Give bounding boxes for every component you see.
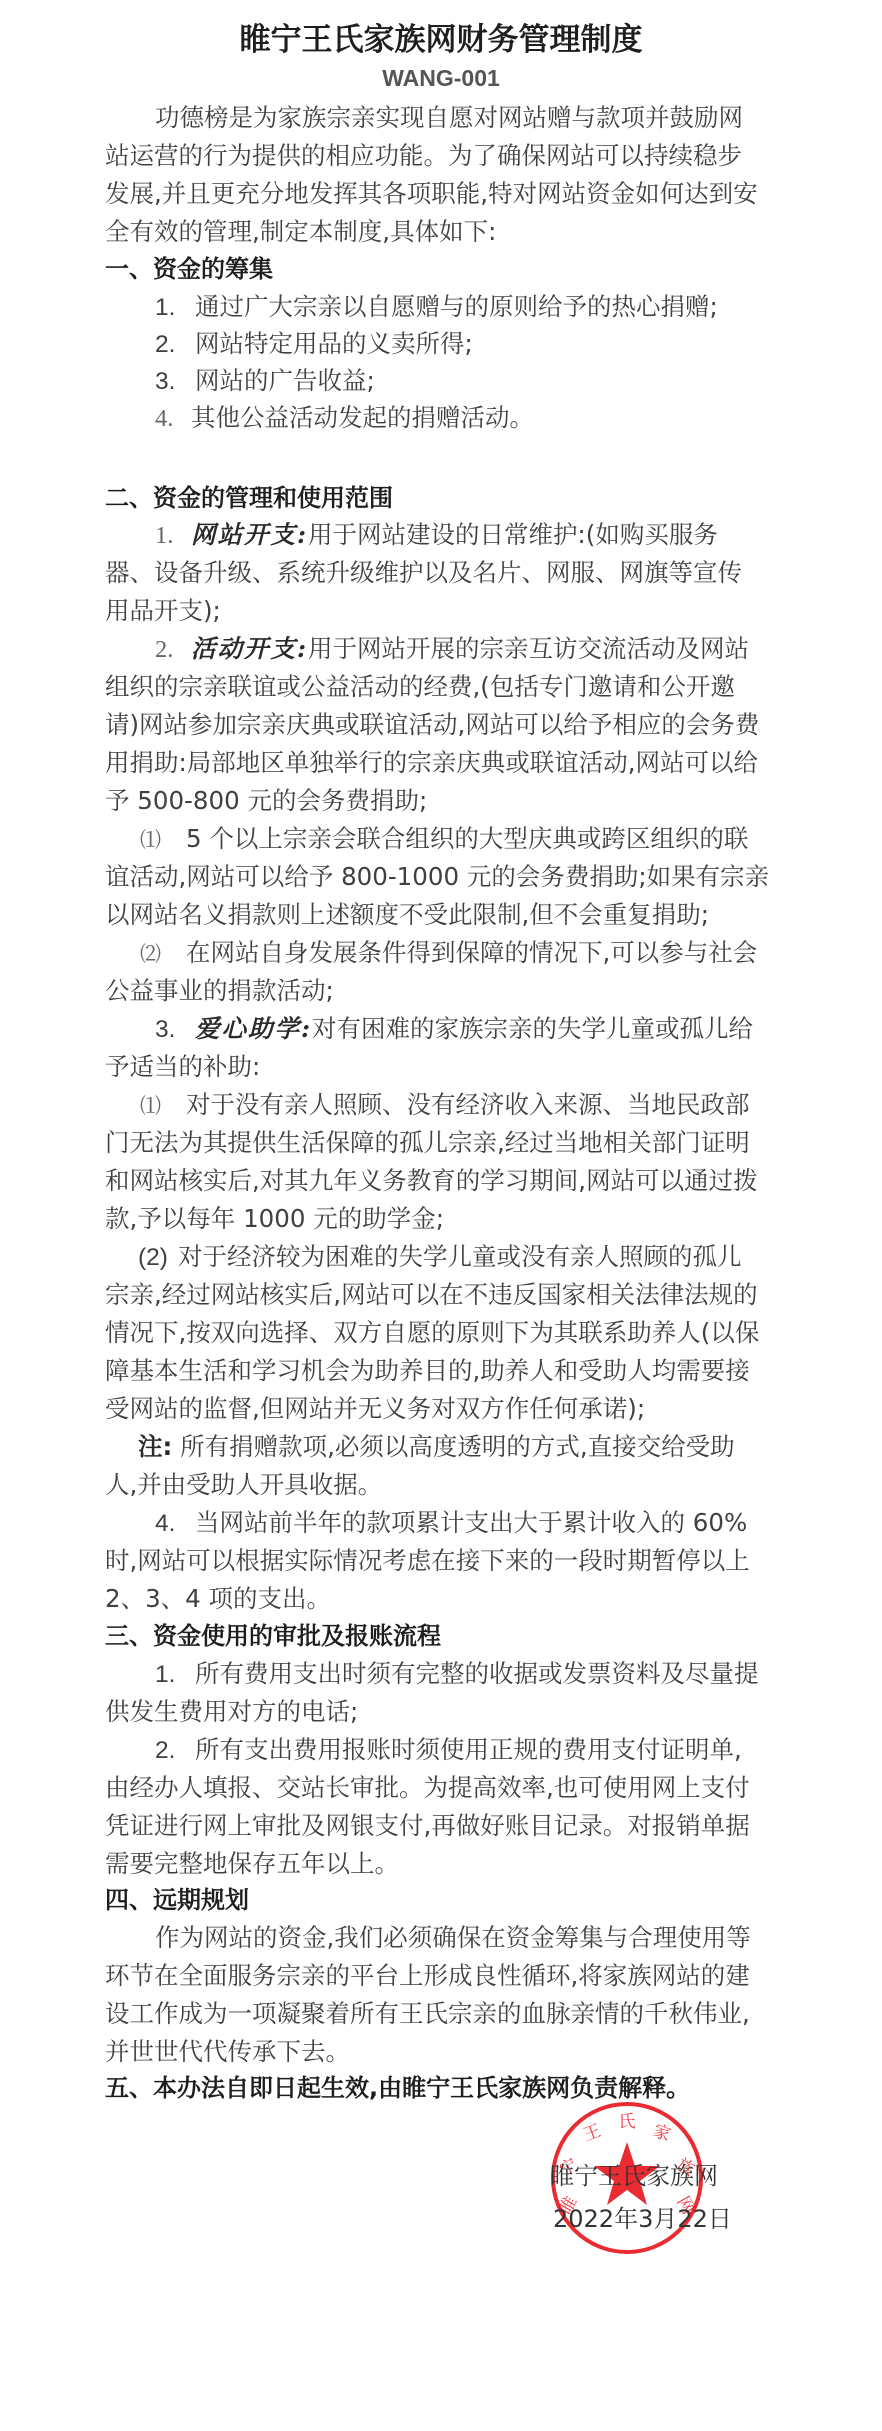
list-number: 4. <box>155 401 191 437</box>
list-item: 2.活动开支:用于网站开展的宗亲互访交流活动及网站 <box>155 631 749 668</box>
text-line: 人,并由受助人开具收据。 <box>105 1467 382 1503</box>
list-text: 所有费用支出时须有完整的收据或发票资料及尽量提 <box>195 1659 759 1688</box>
list-text: 其他公益活动发起的捐赠活动。 <box>191 403 534 432</box>
text-line: 宗亲,经过网站核实后,网站可以在不违反国家相关法律法规的 <box>105 1277 758 1313</box>
sub-item: ⑵在网站自身发展条件得到保障的情况下,可以参与社会 <box>140 935 757 972</box>
text-line: 需要完整地保存五年以上。 <box>105 1846 399 1882</box>
list-text: 用于网站开展的宗亲互访交流活动及网站 <box>308 634 749 663</box>
svg-text:氏: 氏 <box>619 2112 636 2132</box>
text-line: 谊活动,网站可以给予 800-1000 元的会务费捐助;如果有宗亲 <box>105 859 769 895</box>
svg-text:王: 王 <box>581 2121 604 2146</box>
sub-number: (2) <box>138 1240 178 1276</box>
section-heading: 三、资金使用的审批及报账流程 <box>105 1618 441 1654</box>
text-line: 设工作成为一项凝聚着所有王氏宗亲的血脉亲情的千秋伟业, <box>105 1996 750 2032</box>
list-number: 4. <box>155 1506 195 1542</box>
text-line: 款,予以每年 1000 元的助学金; <box>105 1201 444 1237</box>
intro-line: 发展,并且更充分地发挥其各项职能,特对网站资金如何达到安 <box>105 176 758 212</box>
list-text: 当网站前半年的款项累计支出大于累计收入的 60% <box>195 1508 747 1537</box>
text-line: 组织的宗亲联谊或公益活动的经费,(包括专门邀请和公开邀 <box>105 669 735 705</box>
text-line: 供发生费用对方的电话; <box>105 1694 358 1730</box>
intro-line: 功德榜是为家族宗亲实现自愿对网站赠与款项并鼓励网 <box>155 100 743 136</box>
text-line: 凭证进行网上审批及网银支付,再做好账目记录。对报销单据 <box>105 1808 750 1844</box>
list-text: 对有困难的家族宗亲的失学儿童或孤儿给 <box>312 1014 753 1043</box>
list-text: 用于网站建设的日常维护:(如购买服务 <box>308 520 718 549</box>
text-line: 请)网站参加宗亲庆典或联谊活动,网站可以给予相应的会务费 <box>105 707 759 743</box>
list-item: 3.网站的广告收益; <box>155 363 375 400</box>
document-page: 睢宁王氏家族网财务管理制度 WANG-001 功德榜是为家族宗亲实现自愿对网站赠… <box>0 0 882 2431</box>
svg-text:家: 家 <box>650 2121 673 2146</box>
text-line: 门无法为其提供生活保障的孤儿宗亲,经过当地相关部门证明 <box>105 1125 750 1161</box>
list-number: 1. <box>155 290 195 326</box>
document-title: 睢宁王氏家族网财务管理制度 <box>0 18 882 62</box>
note-label: 注: <box>138 1432 172 1461</box>
signature-org: 睢宁王氏家族网 <box>550 2160 718 2192</box>
text-line: 由经办人填报、交站长审批。为提高效率,也可使用网上支付 <box>105 1770 750 1806</box>
text-line: 和网站核实后,对其九年义务教育的学习期间,网站可以通过拨 <box>105 1163 758 1199</box>
section-heading: 二、资金的管理和使用范围 <box>105 480 393 516</box>
list-number: 2. <box>155 327 195 363</box>
sub-item: (2)对于经济较为困难的失学儿童或没有亲人照顾的孤儿 <box>138 1239 742 1276</box>
list-text: 所有支出费用报账时须使用正规的费用支付证明单, <box>195 1735 742 1764</box>
sub-text: 对于没有亲人照顾、没有经济收入来源、当地民政部 <box>186 1090 750 1119</box>
item-label: 活动开支: <box>191 634 308 663</box>
list-number: 3. <box>155 364 195 400</box>
list-item: 1.网站开支:用于网站建设的日常维护:(如购买服务 <box>155 517 718 554</box>
list-text: 网站的广告收益; <box>195 366 375 395</box>
note-text: 所有捐赠款项,必须以高度透明的方式,直接交给受助 <box>180 1432 735 1461</box>
list-item: 1.通过广大宗亲以自愿赠与的原则给予的热心捐赠; <box>155 289 718 326</box>
intro-line: 站运营的行为提供的相应功能。为了确保网站可以持续稳步 <box>105 138 742 174</box>
text-line: 用品开支); <box>105 593 221 629</box>
text-line: 环节在全面服务宗亲的平台上形成良性循环,将家族网站的建 <box>105 1958 750 1994</box>
list-text: 网站特定用品的义卖所得; <box>195 329 473 358</box>
item-label: 网站开支: <box>191 520 308 549</box>
section-heading: 四、远期规划 <box>105 1882 249 1918</box>
list-item: 3.爱心助学:对有困难的家族宗亲的失学儿童或孤儿给 <box>155 1011 753 1048</box>
text-line: 时,网站可以根据实际情况考虑在接下来的一段时期暂停以上 <box>105 1543 750 1579</box>
document-code: WANG-001 <box>0 62 882 94</box>
list-number: 3. <box>155 1012 195 1048</box>
sub-text: 对于经济较为困难的失学儿童或没有亲人照顾的孤儿 <box>178 1242 742 1271</box>
list-number: 2. <box>155 1733 195 1769</box>
item-label: 爱心助学: <box>195 1014 312 1043</box>
text-line: 公益事业的捐款活动; <box>105 973 334 1009</box>
sub-text: 5 个以上宗亲会联合组织的大型庆典或跨区组织的联 <box>186 824 748 853</box>
list-item: 2.网站特定用品的义卖所得; <box>155 326 473 363</box>
text-line: 障基本生活和学习机会为助养目的,助养人和受助人均需要接 <box>105 1353 750 1389</box>
list-item: 1.所有费用支出时须有完整的收据或发票资料及尽量提 <box>155 1656 759 1693</box>
text-line: 作为网站的资金,我们必须确保在资金筹集与合理使用等 <box>155 1920 751 1956</box>
list-number: 1. <box>155 518 191 554</box>
note: 注: 所有捐赠款项,必须以高度透明的方式,直接交给受助 <box>138 1429 735 1465</box>
list-item: 4.其他公益活动发起的捐赠活动。 <box>155 400 534 437</box>
list-number: 2. <box>155 632 191 668</box>
text-line: 2、3、4 项的支出。 <box>105 1581 331 1617</box>
list-item: 2.所有支出费用报账时须使用正规的费用支付证明单, <box>155 1732 742 1769</box>
text-line: 予 500-800 元的会务费捐助; <box>105 783 427 819</box>
sub-text: 在网站自身发展条件得到保障的情况下,可以参与社会 <box>186 938 757 967</box>
text-line: 器、设备升级、系统升级维护以及名片、网服、网旗等宣传 <box>105 555 742 591</box>
text-line: 用捐助:局部地区单独举行的宗亲庆典或联谊活动,网站可以给 <box>105 745 758 781</box>
signature-date: 2022年3月22日 <box>553 2203 732 2235</box>
text-line: 情况下,按双向选择、双方自愿的原则下为其联系助养人(以保 <box>105 1315 759 1351</box>
list-text: 通过广大宗亲以自愿赠与的原则给予的热心捐赠; <box>195 292 718 321</box>
sub-item: ⑴5 个以上宗亲会联合组织的大型庆典或跨区组织的联 <box>140 821 748 858</box>
list-item: 4.当网站前半年的款项累计支出大于累计收入的 60% <box>155 1505 747 1542</box>
text-line: 予适当的补助: <box>105 1049 260 1085</box>
section-heading: 一、资金的筹集 <box>105 251 273 287</box>
text-line: 以网站名义捐款则上述额度不受此限制,但不会重复捐助; <box>105 897 709 933</box>
sub-number: ⑴ <box>140 1088 186 1124</box>
sub-item: ⑴对于没有亲人照顾、没有经济收入来源、当地民政部 <box>140 1087 750 1124</box>
sub-number: ⑵ <box>140 936 186 972</box>
list-number: 1. <box>155 1657 195 1693</box>
text-line: 受网站的监督,但网站并无义务对双方作任何承诺); <box>105 1391 645 1427</box>
intro-line: 全有效的管理,制定本制度,具体如下: <box>105 214 496 250</box>
sub-number: ⑴ <box>140 822 186 858</box>
text-line: 并世世代代传承下去。 <box>105 2034 350 2070</box>
